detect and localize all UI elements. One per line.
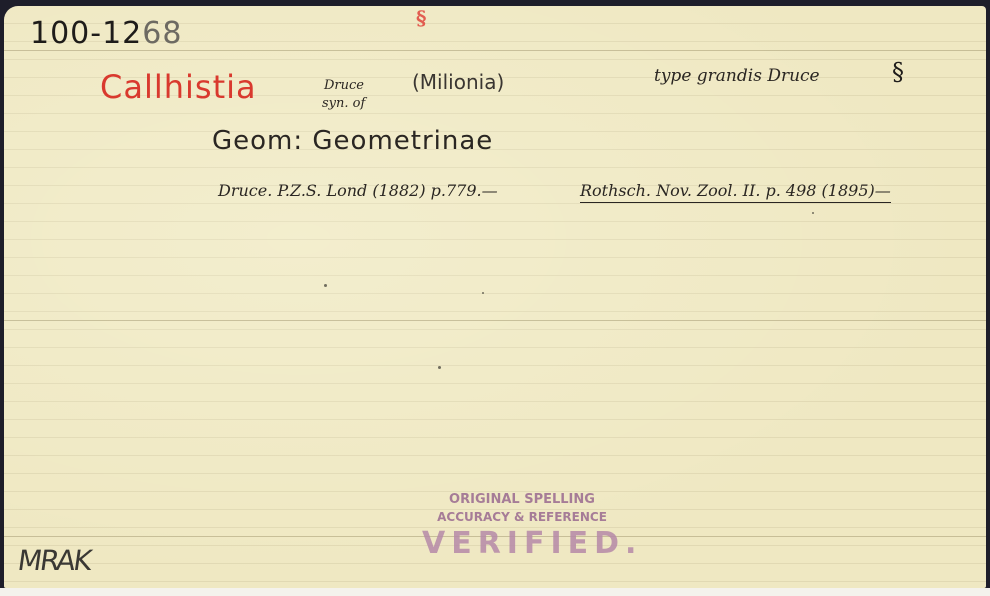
verified-stamp: ORIGINAL SPELLING ACCURACY & REFERENCE V… bbox=[422, 492, 622, 561]
ruled-line bbox=[4, 320, 986, 321]
catalog-number: 100-1268 bbox=[30, 16, 182, 51]
synonym-label: syn. of bbox=[322, 96, 365, 111]
genus-author: Druce bbox=[324, 78, 364, 93]
paper-speck bbox=[438, 366, 441, 369]
synonym-genus: (Milionia) bbox=[412, 70, 504, 94]
classification: Geom: Geometrinae bbox=[212, 126, 493, 156]
paper-speck bbox=[812, 212, 814, 214]
type-section-mark: § bbox=[892, 58, 904, 86]
reference-rothschild: Rothsch. Nov. Zool. II. p. 498 (1895)— bbox=[580, 181, 891, 203]
genus-name: Callhistia bbox=[100, 68, 257, 106]
catalog-number-suffix: 68 bbox=[142, 16, 182, 51]
paper-speck bbox=[324, 284, 327, 287]
catalog-number-prefix: 100-12 bbox=[30, 16, 142, 51]
scan-border bbox=[0, 588, 990, 596]
reference-druce: Druce. P.Z.S. Lond (1882) p.779.— bbox=[218, 181, 498, 200]
index-card: 100-1268 § Callhistia Druce syn. of (Mil… bbox=[4, 6, 986, 588]
paper-speck bbox=[482, 292, 484, 294]
stamp-line-1: ORIGINAL SPELLING bbox=[422, 492, 622, 507]
red-section-mark: § bbox=[416, 6, 426, 30]
type-species: type grandis Druce bbox=[654, 66, 820, 86]
stamp-line-2: ACCURACY & REFERENCE bbox=[422, 510, 622, 524]
initials-signature: MRAK bbox=[16, 544, 93, 577]
stamp-line-3: VERIFIED. bbox=[422, 526, 622, 561]
